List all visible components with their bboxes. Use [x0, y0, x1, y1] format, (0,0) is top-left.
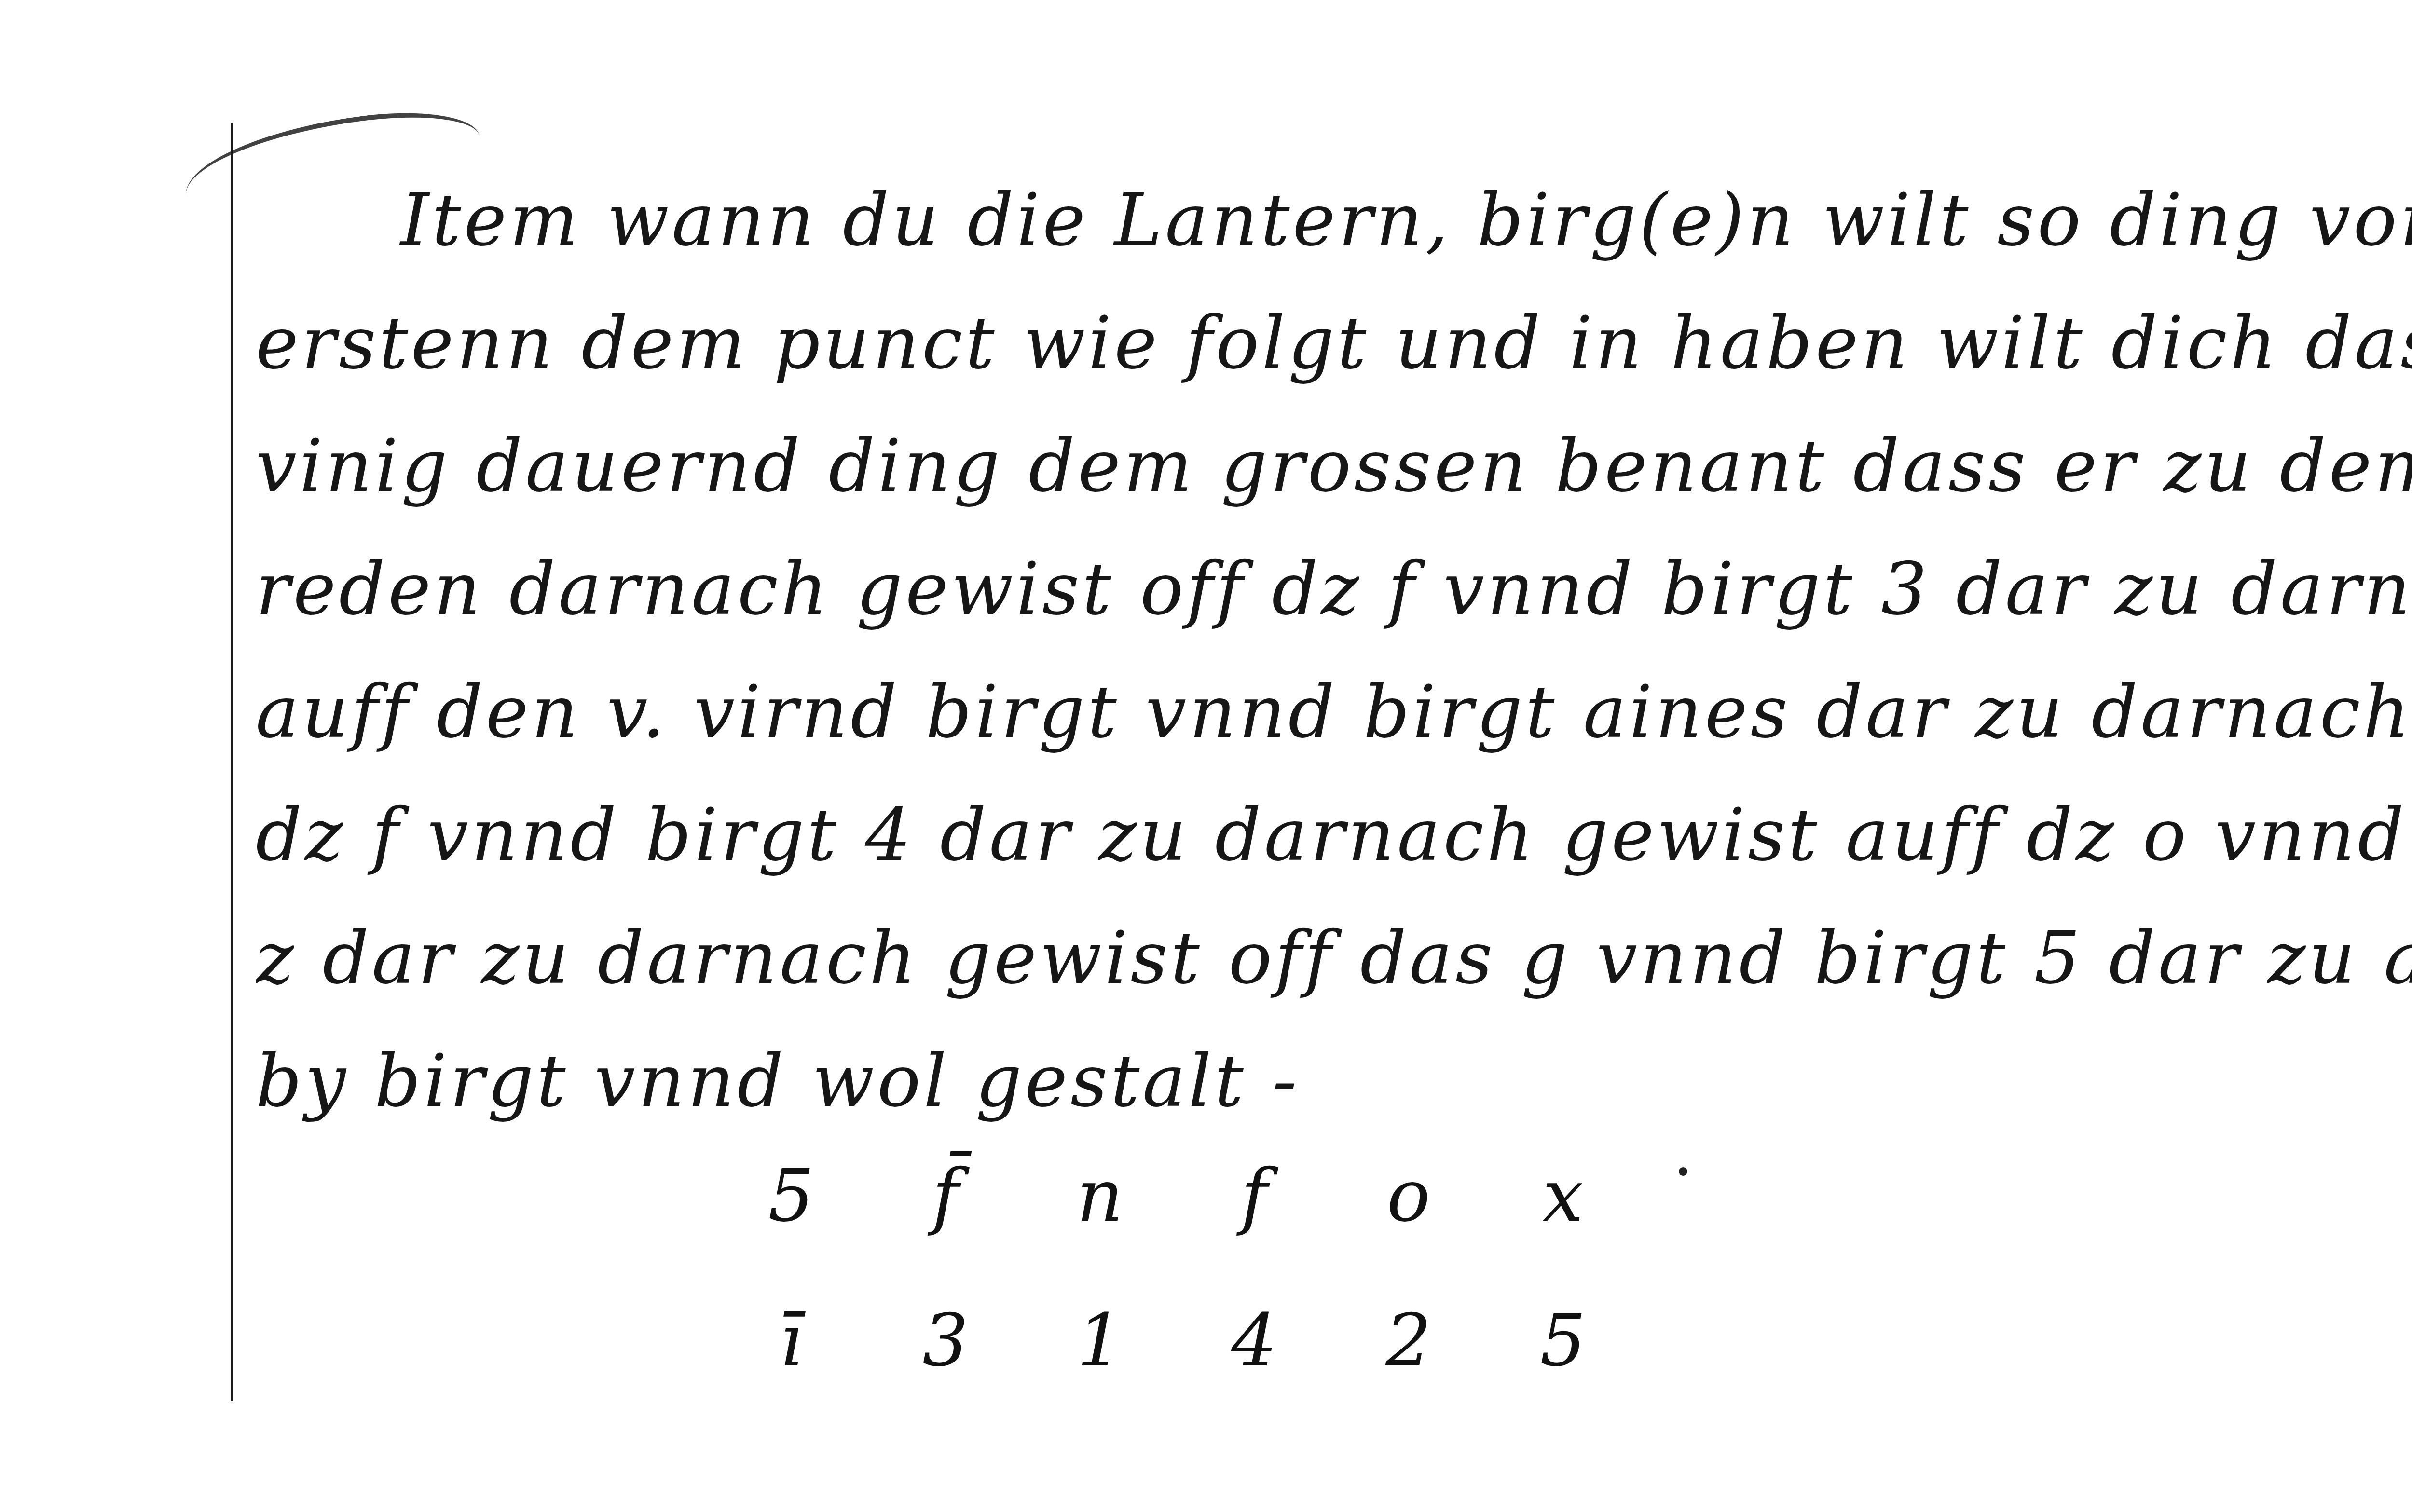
numeral-cell: f [1177, 1154, 1331, 1238]
numeral-cell: 2 [1331, 1299, 1486, 1383]
numeral-row-1: 5 f̄ n f o x [714, 1124, 1640, 1268]
numeral-cell: f̄ [868, 1154, 1023, 1238]
manuscript-text: Item wann du die Lantern, birg(e)n wilt … [256, 159, 2412, 1143]
left-margin-rule [231, 123, 233, 1401]
numeral-cell: ī [714, 1299, 868, 1383]
text-line-5: auff den v. virnd birgt vnnd birgt aines… [256, 651, 2412, 774]
numeral-table: 5 f̄ n f o x ī 3 1 4 2 5 [714, 1124, 1640, 1413]
text-line-3: vinig dauernd ding dem grossen benant da… [256, 405, 2412, 528]
ink-dot [1679, 1167, 1687, 1176]
manuscript-page: Item wann du die Lantern, birg(e)n wilt … [0, 0, 2412, 1512]
numeral-cell: 1 [1023, 1299, 1177, 1383]
numeral-cell: o [1331, 1154, 1486, 1238]
numeral-cell: 4 [1177, 1299, 1331, 1383]
text-line-1: Item wann du die Lantern, birg(e)n wilt … [256, 159, 2412, 282]
numeral-cell: 5 [1486, 1299, 1640, 1383]
text-line-6: dz f vnnd birgt 4 dar zu darnach gewist … [256, 774, 2412, 897]
text-line-2: erstenn dem punct wie folgt und in haben… [256, 282, 2412, 405]
numeral-row-2: ī 3 1 4 2 5 [714, 1268, 1640, 1413]
numeral-cell: 5 [714, 1154, 868, 1238]
numeral-cell: n [1023, 1154, 1177, 1238]
numeral-cell: x [1486, 1154, 1640, 1238]
numeral-cell: 3 [868, 1299, 1023, 1383]
text-line-7: z dar zu darnach gewist off das g vnnd b… [256, 897, 2412, 1020]
text-line-4: reden darnach gewist off dz f vnnd birgt… [256, 528, 2412, 651]
